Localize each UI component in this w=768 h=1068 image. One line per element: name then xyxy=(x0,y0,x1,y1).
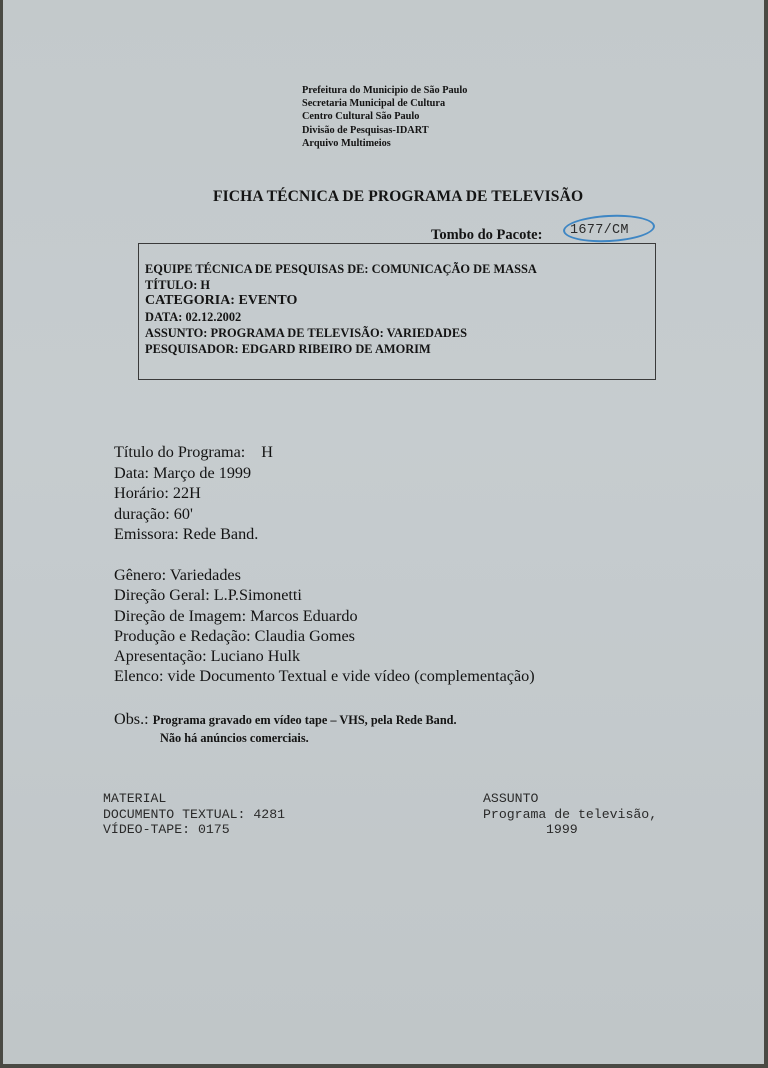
subject-line-2: 1999 xyxy=(483,822,657,838)
material-textual-document: DOCUMENTO TEXTUAL: 4281 xyxy=(103,807,285,823)
program-title-value: H xyxy=(261,442,273,463)
program-time: Horário: 22H xyxy=(114,483,273,504)
credit-production: Produção e Redação: Claudia Gomes xyxy=(114,626,535,646)
obs-label: Obs.: xyxy=(114,710,149,728)
institution-line: Prefeitura do Municipio de São Paulo xyxy=(302,84,467,97)
subject-section: ASSUNTO Programa de televisão, 1999 xyxy=(483,791,657,838)
subject-heading: ASSUNTO xyxy=(483,791,657,807)
credit-general-director: Direção Geral: L.P.Simonetti xyxy=(114,585,535,605)
titulo-field: TÍTULO: H xyxy=(145,277,537,293)
institution-line: Secretaria Municipal de Cultura xyxy=(302,97,467,110)
program-broadcaster: Emissora: Rede Band. xyxy=(114,524,273,545)
credit-presenter: Apresentação: Luciano Hulk xyxy=(114,646,535,666)
credit-genre: Gênero: Variedades xyxy=(114,565,535,585)
institution-line: Centro Cultural São Paulo xyxy=(302,110,467,123)
document-page: Prefeitura do Municipio de São Paulo Sec… xyxy=(3,0,764,1064)
tombo-label: Tombo do Pacote: xyxy=(431,227,542,244)
equipe-field: EQUIPE TÉCNICA DE PESQUISAS DE: COMUNICA… xyxy=(145,261,537,277)
pesquisador-field: PESQUISADOR: EDGARD RIBEIRO DE AMORIM xyxy=(145,341,537,357)
tombo-value: 1677/CM xyxy=(570,223,629,238)
institution-line: Divisão de Pesquisas-IDART xyxy=(302,124,467,137)
obs-line-1: Programa gravado em vídeo tape – VHS, pe… xyxy=(153,713,457,727)
document-title: FICHA TÉCNICA DE PROGRAMA DE TELEVISÃO xyxy=(213,188,583,206)
program-details: Título do Programa:H Data: Março de 1999… xyxy=(114,442,273,545)
program-title-row: Título do Programa:H xyxy=(114,442,273,463)
institution-line: Arquivo Multimeios xyxy=(302,137,467,150)
material-section: MATERIAL DOCUMENTO TEXTUAL: 4281 VÍDEO-T… xyxy=(103,791,285,838)
program-credits: Gênero: Variedades Direção Geral: L.P.Si… xyxy=(114,565,535,687)
assunto-field: ASSUNTO: PROGRAMA DE TELEVISÃO: VARIEDAD… xyxy=(145,325,537,341)
obs-line-2: Não há anúncios comerciais. xyxy=(160,729,457,747)
program-duration: duração: 60' xyxy=(114,504,273,525)
material-heading: MATERIAL xyxy=(103,791,285,807)
subject-line-1: Programa de televisão, xyxy=(483,807,657,823)
program-date: Data: Março de 1999 xyxy=(114,463,273,484)
observations: Obs.: Programa gravado em vídeo tape – V… xyxy=(114,710,457,747)
institution-header: Prefeitura do Municipio de São Paulo Sec… xyxy=(302,84,467,150)
data-field: DATA: 02.12.2002 xyxy=(145,309,537,325)
credit-cast: Elenco: vide Documento Textual e vide ví… xyxy=(114,666,535,686)
research-info-box: EQUIPE TÉCNICA DE PESQUISAS DE: COMUNICA… xyxy=(138,243,656,380)
credit-image-director: Direção de Imagem: Marcos Eduardo xyxy=(114,606,535,626)
categoria-field: CATEGORIA: EVENTO xyxy=(145,293,537,309)
material-video-tape: VÍDEO-TAPE: 0175 xyxy=(103,822,285,838)
program-title-label: Título do Programa: xyxy=(114,443,245,461)
